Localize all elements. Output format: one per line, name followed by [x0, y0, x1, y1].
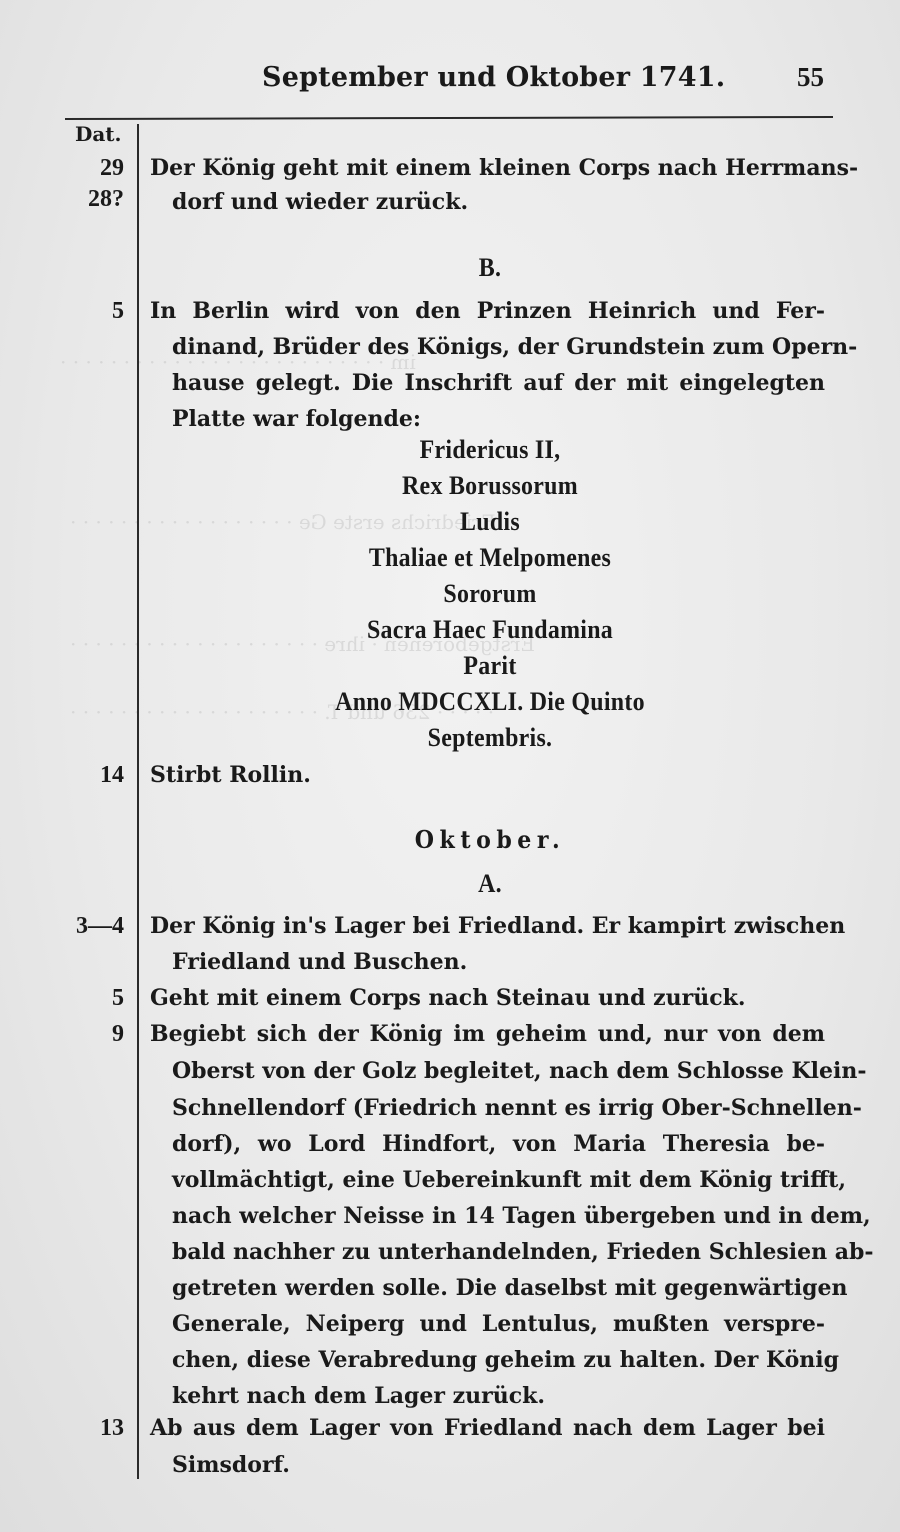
entry-text: dorf und wieder zurück. — [172, 186, 825, 218]
entry-date: 3—4 — [76, 913, 124, 940]
entry-text: Schnellendorf (Friedrich nennt es irrig … — [172, 1092, 825, 1124]
entry-text: hause gelegt. Die Inschrift auf der mit … — [172, 367, 825, 399]
entry-date: 28? — [88, 186, 124, 213]
entry-text: Der König in's Lager bei Friedland. Er k… — [150, 910, 825, 942]
entry-text: Geht mit einem Corps nach Steinau und zu… — [150, 982, 825, 1014]
entry-text: dinand, Brüder des Königs, der Grundstei… — [172, 331, 825, 363]
section-heading-a: A. — [168, 869, 812, 899]
entry-text: Der König geht mit einem kleinen Corps n… — [150, 152, 825, 184]
inscription-line: Rex Borussorum — [168, 471, 812, 501]
inscription-line: Anno MDCCXLI. Die Quinto — [168, 687, 812, 717]
entry-date: 14 — [100, 762, 124, 789]
entry-text: Platte war folgende: — [172, 403, 825, 435]
entry-text: Oberst von der Golz begleitet, nach dem … — [172, 1055, 825, 1087]
entry-text: nach welcher Neisse in 14 Tagen übergebe… — [172, 1200, 825, 1232]
entry-text: dorf), wo Lord Hindfort, von Maria There… — [172, 1128, 825, 1160]
page-number: 55 — [797, 62, 824, 93]
date-column-rule — [137, 124, 139, 1479]
entry-text: In Berlin wird von den Prinzen Heinrich … — [150, 295, 825, 327]
page-header: September und Oktober 1741. 55 — [0, 62, 900, 102]
entry-text: vollmächtigt, eine Uebereinkunft mit dem… — [172, 1164, 825, 1196]
inscription-line: Sororum — [168, 579, 812, 609]
entry-text: chen, diese Verabredung geheim zu halten… — [172, 1344, 825, 1376]
inscription-line: Ludis — [168, 507, 812, 537]
entry-date: 9 — [112, 1021, 124, 1048]
entry-text: Friedland und Buschen. — [172, 946, 825, 978]
entry-date: 13 — [100, 1415, 124, 1442]
entry-date: 29 — [100, 155, 124, 182]
running-title: September und Oktober 1741. — [262, 62, 725, 93]
section-heading-b: B. — [168, 253, 812, 283]
date-column-heading: Dat. — [75, 122, 122, 146]
entry-date: 5 — [112, 985, 124, 1012]
entry-text: Stirbt Rollin. — [150, 759, 825, 791]
entry-text: getreten werden solle. Die daselbst mit … — [172, 1272, 825, 1304]
entry-text: Simsdorf. — [172, 1449, 825, 1481]
inscription-line: Thaliae et Melpomenes — [168, 543, 812, 573]
entry-text: Begiebt sich der König im geheim und, nu… — [150, 1018, 825, 1050]
entry-text: Generale, Neiperg und Lentulus, mußten v… — [172, 1308, 825, 1340]
entry-text: Ab aus dem Lager von Friedland nach dem … — [150, 1412, 825, 1444]
entry-text: kehrt nach dem Lager zurück. — [172, 1380, 825, 1412]
inscription-line: Sacra Haec Fundamina — [168, 615, 812, 645]
inscription-line: Fridericus II, — [168, 435, 812, 465]
inscription-line: Septembris. — [168, 723, 812, 753]
inscription-line: Parit — [168, 651, 812, 681]
entry-text: bald nachher zu unterhandelnden, Frieden… — [172, 1236, 825, 1268]
month-heading: Oktober. — [168, 825, 812, 854]
entry-date: 5 — [112, 298, 124, 325]
